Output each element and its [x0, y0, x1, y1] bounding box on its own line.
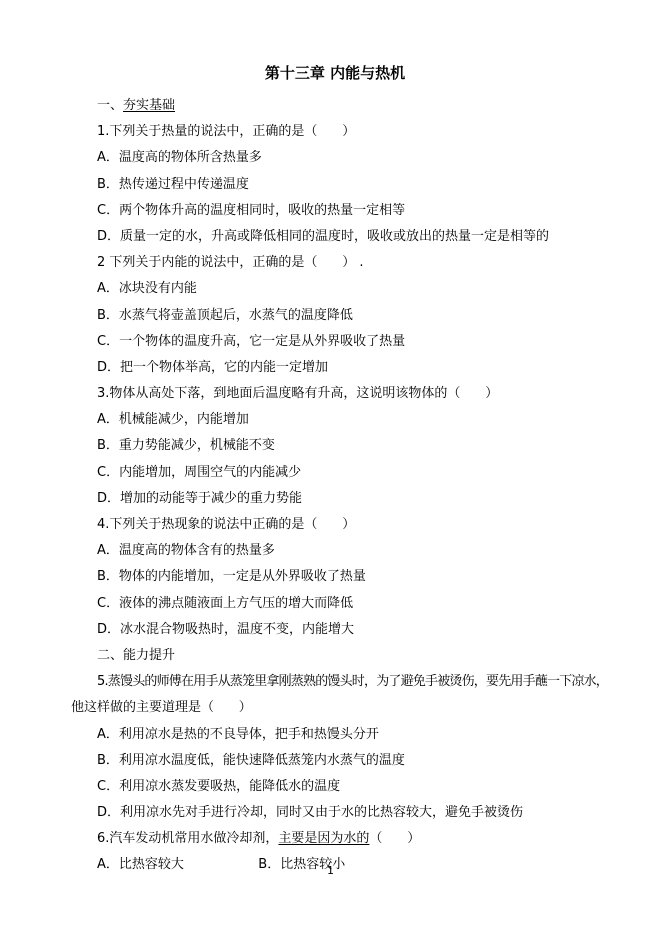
q1-option-c-segment-0: C．两个物体升高的温度相同时，吸收的热量一定相等 [97, 203, 405, 218]
section-heading-1: 一、夯实基础 [71, 93, 599, 119]
section-heading-1-segment-1: 夯实基础 [123, 98, 175, 113]
q6-stem-segment-0: 6.汽车发动机常用水做冷却剂， [97, 831, 278, 846]
q5-option-d-segment-0: D．利用凉水先对手进行冷却，同时又由于水的比热容较大，避免手被烫伤 [97, 805, 523, 820]
q2-stem-segment-0: 2 下列关于内能的说法中，正确的是（ ） . [97, 255, 363, 270]
section-heading-2: 二、能力提升 [71, 643, 599, 669]
q3-option-c-segment-0: C．内能增加，周围空气的内能减少 [97, 465, 301, 480]
document-page: 第十三章 内能与热机 一、夯实基础1.下列关于热量的说法中，正确的是（ ）A．温… [0, 0, 661, 936]
q1-option-a: A．温度高的物体所含热量多 [71, 145, 599, 171]
q4-option-d-segment-0: D．冰水混合物吸热时，温度不变，内能增大 [97, 622, 354, 637]
q1-option-d: D．质量一定的水，升高或降低相同的温度时，吸收或放出的热量一定是相等的 [71, 224, 599, 250]
q6-stem-segment-1: 主要是因为水的 [278, 831, 369, 846]
q2-option-c-segment-0: C．一个物体的温度升高，它一定是从外界吸收了热量 [97, 334, 405, 349]
q1-option-d-segment-0: D．质量一定的水，升高或降低相同的温度时，吸收或放出的热量一定是相等的 [97, 229, 549, 244]
q4-option-d: D．冰水混合物吸热时，温度不变，内能增大 [71, 617, 599, 643]
q3-option-d-segment-0: D．增加的动能等于减少的重力势能 [97, 491, 302, 506]
q3-option-a-segment-0: A．机械能减少，内能增加 [97, 412, 249, 427]
page-number: 1 [0, 864, 661, 878]
q1-option-c: C．两个物体升高的温度相同时，吸收的热量一定相等 [71, 198, 599, 224]
q5-stem-line-1: 5.蒸馒头的师傅在用手从蒸笼里拿刚蒸熟的馒头时，为了避免手被烫伤，要先用手蘸一下… [71, 669, 599, 695]
q5-option-a-segment-0: A．利用凉水是热的不良导体，把手和热馒头分开 [97, 727, 379, 742]
q3-stem-segment-0: 3.物体从高处下落，到地面后温度略有升高，这说明该物体的（ ） [97, 386, 498, 401]
q5-option-c-segment-0: C．利用凉水蒸发要吸热，能降低水的温度 [97, 779, 340, 794]
q1-option-b-segment-0: B．热传递过程中传递温度 [97, 177, 249, 192]
q5-option-b: B．利用凉水温度低，能快速降低蒸笼内水蒸气的温度 [71, 748, 599, 774]
q6-stem-segment-2: （ ） [369, 831, 420, 846]
q5-option-c: C．利用凉水蒸发要吸热，能降低水的温度 [71, 774, 599, 800]
q3-option-a: A．机械能减少，内能增加 [71, 407, 599, 433]
q6-stem: 6.汽车发动机常用水做冷却剂，主要是因为水的（ ） [71, 826, 599, 852]
q2-stem: 2 下列关于内能的说法中，正确的是（ ） . [71, 250, 599, 276]
q5-option-d: D．利用凉水先对手进行冷却，同时又由于水的比热容较大，避免手被烫伤 [71, 800, 599, 826]
q4-stem: 4.下列关于热现象的说法中正确的是（ ） [71, 512, 599, 538]
q2-option-c: C．一个物体的温度升高，它一定是从外界吸收了热量 [71, 329, 599, 355]
q1-stem: 1.下列关于热量的说法中，正确的是（ ） [71, 119, 599, 145]
q2-option-a: A．冰块没有内能 [71, 276, 599, 302]
q4-option-c: C．液体的沸点随液面上方气压的增大而降低 [71, 591, 599, 617]
q3-option-b: B．重力势能减少，机械能不变 [71, 433, 599, 459]
q4-stem-segment-0: 4.下列关于热现象的说法中正确的是（ ） [97, 517, 355, 532]
q1-option-b: B．热传递过程中传递温度 [71, 172, 599, 198]
q4-option-c-segment-0: C．液体的沸点随液面上方气压的增大而降低 [97, 596, 353, 611]
q4-option-a: A．温度高的物体含有的热量多 [71, 538, 599, 564]
q2-option-b: B．水蒸气将壶盖顶起后，水蒸气的温度降低 [71, 303, 599, 329]
q4-option-a-segment-0: A．温度高的物体含有的热量多 [97, 543, 275, 558]
q5-stem-line-2-segment-0: 他这样做的主要道理是（ ） [71, 700, 252, 715]
q3-option-b-segment-0: B．重力势能减少，机械能不变 [97, 438, 275, 453]
q2-option-d-segment-0: D．把一个物体举高，它的内能一定增加 [97, 360, 328, 375]
q5-option-b-segment-0: B．利用凉水温度低，能快速降低蒸笼内水蒸气的温度 [97, 753, 405, 768]
section-heading-2-segment-0: 二、能力提升 [97, 648, 175, 663]
page-title: 第十三章 内能与热机 [71, 64, 599, 82]
q3-stem: 3.物体从高处下落，到地面后温度略有升高，这说明该物体的（ ） [71, 381, 599, 407]
q3-option-c: C．内能增加，周围空气的内能减少 [71, 460, 599, 486]
q5-option-a: A．利用凉水是热的不良导体，把手和热馒头分开 [71, 722, 599, 748]
q2-option-d: D．把一个物体举高，它的内能一定增加 [71, 355, 599, 381]
q4-option-b: B．物体的内能增加，一定是从外界吸收了热量 [71, 564, 599, 590]
section-heading-1-segment-0: 一、 [97, 98, 123, 113]
q2-option-b-segment-0: B．水蒸气将壶盖顶起后，水蒸气的温度降低 [97, 308, 353, 323]
q5-stem-line-1-segment-0: 5.蒸馒头的师傅在用手从蒸笼里拿刚蒸熟的馒头时，为了避免手被烫伤，要先用手蘸一下… [97, 674, 608, 689]
q5-stem-line-2: 他这样做的主要道理是（ ） [71, 695, 599, 721]
document-body: 一、夯实基础1.下列关于热量的说法中，正确的是（ ）A．温度高的物体所含热量多B… [71, 93, 599, 879]
q2-option-a-segment-0: A．冰块没有内能 [97, 281, 197, 296]
q3-option-d: D．增加的动能等于减少的重力势能 [71, 486, 599, 512]
q1-option-a-segment-0: A．温度高的物体所含热量多 [97, 150, 262, 165]
q4-option-b-segment-0: B．物体的内能增加，一定是从外界吸收了热量 [97, 569, 366, 584]
q1-stem-segment-0: 1.下列关于热量的说法中，正确的是（ ） [97, 124, 355, 139]
